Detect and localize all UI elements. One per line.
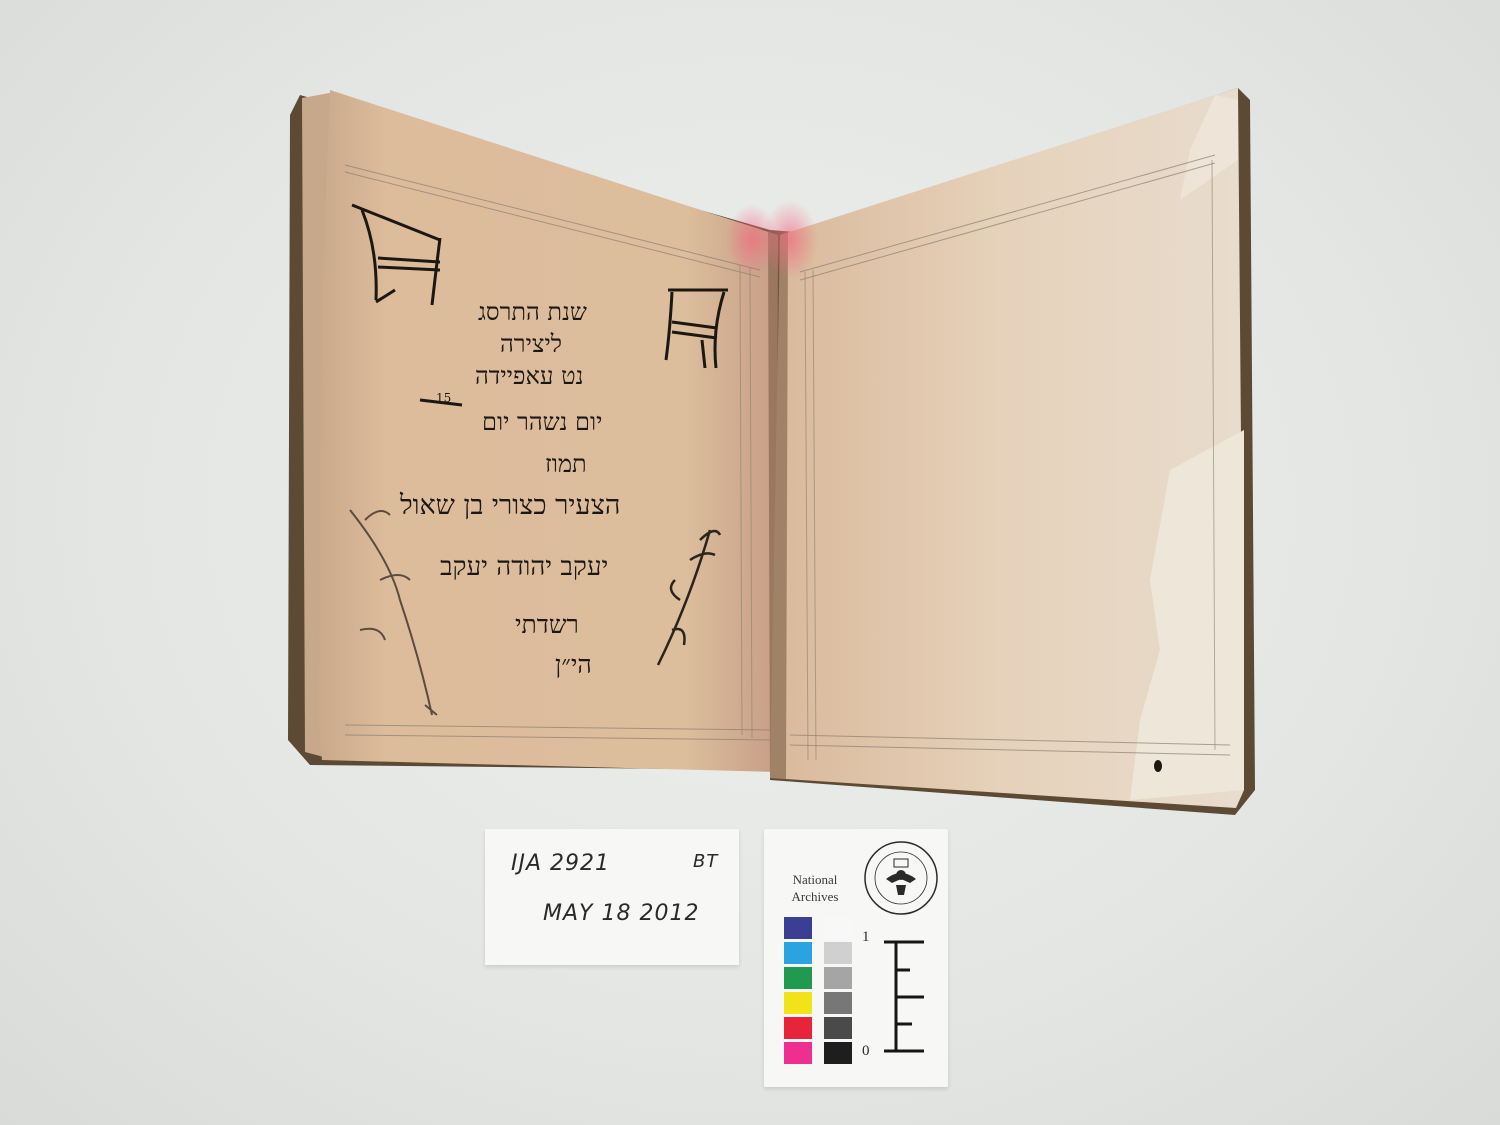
color-swatch xyxy=(784,1017,812,1039)
scale-label-top: 1 xyxy=(862,929,870,946)
date: MAY 18 2012 xyxy=(543,901,699,926)
color-swatch xyxy=(784,992,812,1014)
color-swatch xyxy=(784,967,812,989)
measurement-scale-bar xyxy=(882,934,932,1059)
color-swatch xyxy=(784,942,812,964)
svg-text:15: 15 xyxy=(436,391,451,405)
gray-swatch xyxy=(824,992,852,1014)
hebrew-arc-inscription: בן פרת יוסף בן פרת עלי עין בנות צעדה עלי… xyxy=(0,0,1500,1125)
gray-swatch xyxy=(824,1042,852,1064)
nara-color-target: National Archives 1 0 xyxy=(764,829,948,1087)
color-swatch xyxy=(784,1042,812,1064)
color-swatch xyxy=(784,917,812,939)
open-manuscript-book: שנת התרסג ליצירה נט עאפיידה יום נשהר יום… xyxy=(0,0,1500,1125)
initials: BT xyxy=(693,851,718,872)
accession-id: IJA 2921 xyxy=(511,851,610,876)
nara-name: National Archives xyxy=(780,871,850,905)
nara-seal-icon xyxy=(862,839,940,917)
accession-label-card: IJA 2921 BT MAY 18 2012 xyxy=(485,829,739,965)
gray-swatch xyxy=(824,1017,852,1039)
svg-text:בן פרת יוסף בן פרת עלי עין בנו: בן פרת יוסף בן פרת עלי עין בנות צעדה עלי… xyxy=(0,0,8,6)
gray-swatch xyxy=(824,942,852,964)
gray-swatch xyxy=(824,917,852,939)
scale-label-bottom: 0 xyxy=(862,1043,870,1060)
gray-swatch xyxy=(824,967,852,989)
